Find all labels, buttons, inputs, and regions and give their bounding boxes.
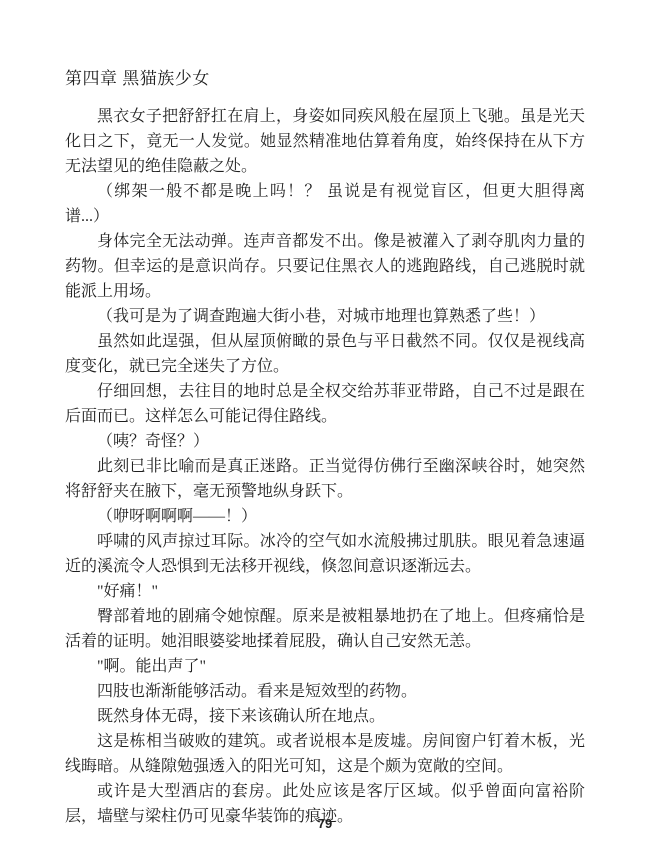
- text-column: 第四章 黑猫族少女 黑衣女子把舒舒扛在肩上，身姿如同疾风般在屋顶上飞驰。虽是光天…: [65, 67, 585, 829]
- paragraph: 这是栋相当破败的建筑。或者说根本是废墟。房间窗户钉着木板，光线晦暗。从缝隙勉强透…: [65, 729, 585, 779]
- paragraph: （咿呀啊啊啊——！）: [65, 504, 585, 529]
- paragraph: 臀部着地的剧痛令她惊醒。原来是被粗暴地扔在了地上。但疼痛恰是活着的证明。她泪眼婆…: [65, 604, 585, 654]
- paragraph: （我可是为了调查跑遍大街小巷，对城市地理也算熟悉了些！）: [65, 304, 585, 329]
- paragraph: 仔细回想，去往目的地时总是全权交给苏菲亚带路，自己不过是跟在后面而已。这样怎么可…: [65, 379, 585, 429]
- paragraph: 黑衣女子把舒舒扛在肩上，身姿如同疾风般在屋顶上飞驰。虽是光天化日之下，竟无一人发…: [65, 104, 585, 179]
- paragraph: "好痛！": [65, 579, 585, 604]
- paragraph: 既然身体无碍，接下来该确认所在地点。: [65, 704, 585, 729]
- paragraph: （绑架一般不都是晚上吗！？ 虽说是有视觉盲区，但更大胆得离谱...）: [65, 179, 585, 229]
- paragraph: 虽然如此逞强，但从屋顶俯瞰的景色与平日截然不同。仅仅是视线高度变化，就已完全迷失…: [65, 329, 585, 379]
- paragraph: （咦？奇怪？）: [65, 429, 585, 454]
- document-page: 第四章 黑猫族少女 黑衣女子把舒舒扛在肩上，身姿如同疾风般在屋顶上飞驰。虽是光天…: [0, 0, 650, 850]
- paragraph: 此刻已非比喻而是真正迷路。正当觉得仿佛行至幽深峡谷时，她突然将舒舒夹在腋下，毫无…: [65, 454, 585, 504]
- chapter-title: 第四章 黑猫族少女: [65, 67, 585, 90]
- paragraph: 身体完全无法动弹。连声音都发不出。像是被灌入了剥夺肌肉力量的药物。但幸运的是意识…: [65, 229, 585, 304]
- paragraph: "啊。能出声了": [65, 654, 585, 679]
- page-number: 79: [0, 816, 650, 831]
- body-text: 黑衣女子把舒舒扛在肩上，身姿如同疾风般在屋顶上飞驰。虽是光天化日之下，竟无一人发…: [65, 104, 585, 829]
- paragraph: 呼啸的风声掠过耳际。冰冷的空气如水流般拂过肌肤。眼见着急速逼近的溪流令人恐惧到无…: [65, 529, 585, 579]
- paragraph: 四肢也渐渐能够活动。看来是短效型的药物。: [65, 679, 585, 704]
